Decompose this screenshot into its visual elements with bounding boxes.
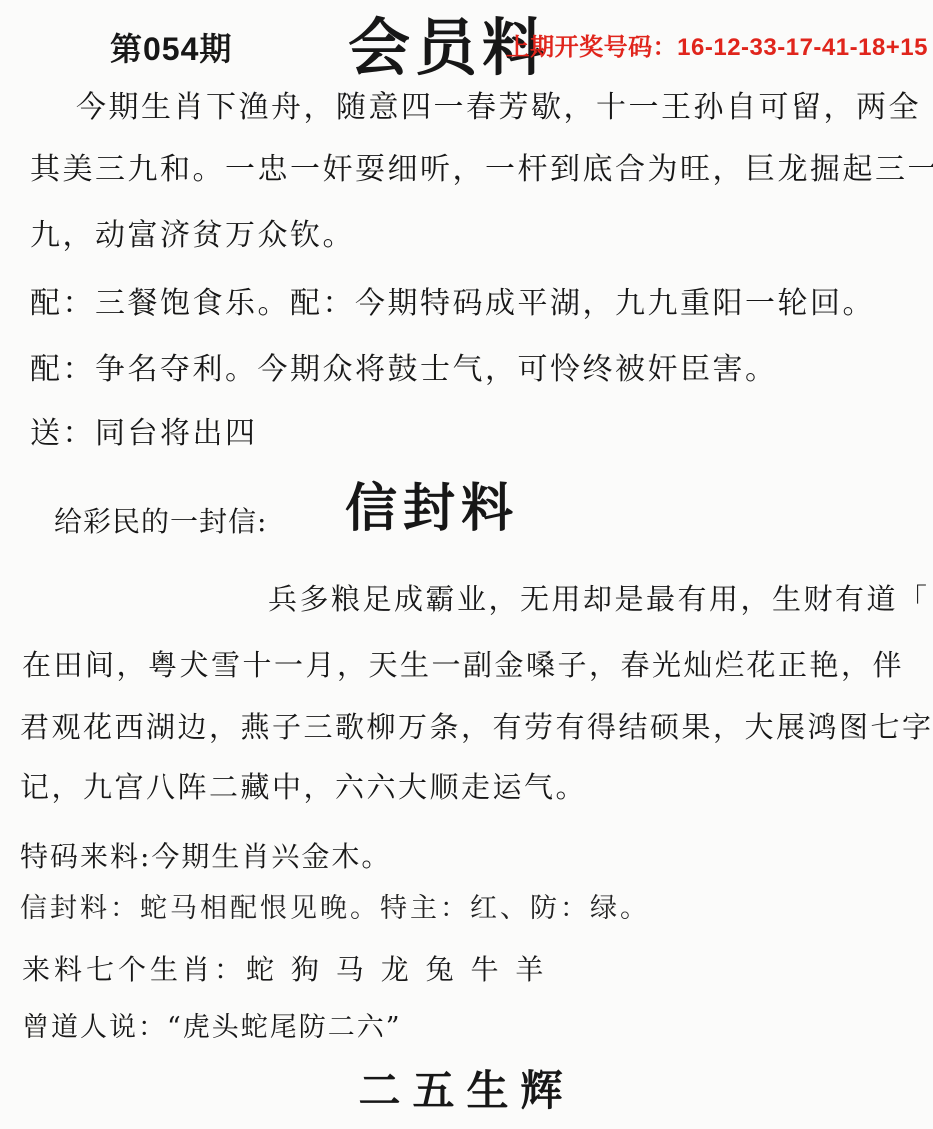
letter-line-1: 兵多粮足成霸业，无用却是最有用，生财有道「 (268, 582, 930, 617)
poem-line-2: 其美三九和。一忠一奸耍细听，一杆到底合为旺，巨龙掘起三一 (30, 152, 933, 188)
poem-line-3: 九，动富济贫万众钦。 (30, 218, 355, 254)
lottery-tip-sheet: 第054期 会员料 上期开奖号码：16-12-33-17-41-18+15 今期… (0, 0, 933, 1129)
letter-line-3: 君观花西湖边，燕子三歌柳万条，有劳有得结硕果，大展鸿图七字乙 (20, 710, 933, 745)
letter-line-2: 在田间，粤犬雪十一月，天生一副金嗓子，春光灿烂花正艳，伴 (22, 648, 904, 683)
poem-line-1: 今期生肖下渔舟，随意四一春芳歇，十一王孙自可留，两全 (76, 90, 921, 126)
footer-slogan: 二五生辉 (0, 1058, 933, 1118)
zodiac-line: 来料七个生肖：蛇 狗 马 龙 兔 牛 羊 (22, 953, 547, 987)
last-draw-numbers: 上期开奖号码：16-12-33-17-41-18+15 (506, 27, 928, 62)
pei-line-1: 配：三餐饱食乐。配：今期特码成平湖，九九重阳一轮回。 (30, 286, 875, 322)
song-line: 送：同台将出四 (30, 416, 258, 452)
envelope-material-line: 信封料：蛇马相配恨见晚。特主：红、防：绿。 (20, 893, 650, 925)
issue-number: 第054期 (110, 24, 232, 70)
special-code-line: 特码来料:今期生肖兴金木。 (20, 840, 391, 874)
zengdaoren-quote: 曾道人说：“虎头蛇尾防二六” (22, 1012, 402, 1044)
letter-line-4: 记，九宫八阵二藏中，六六大顺走运气。 (20, 770, 587, 805)
letter-intro: 给彩民的一封信: (54, 505, 267, 539)
pei-line-2: 配：争名夺利。今期众将鼓士气，可怜终被奸臣害。 (30, 352, 778, 388)
envelope-title: 信封料 (345, 466, 519, 541)
letter-line-3-text: 君观花西湖边，燕子三歌柳万条，有劳有得结硕果，大展鸿图七字 (20, 710, 933, 744)
